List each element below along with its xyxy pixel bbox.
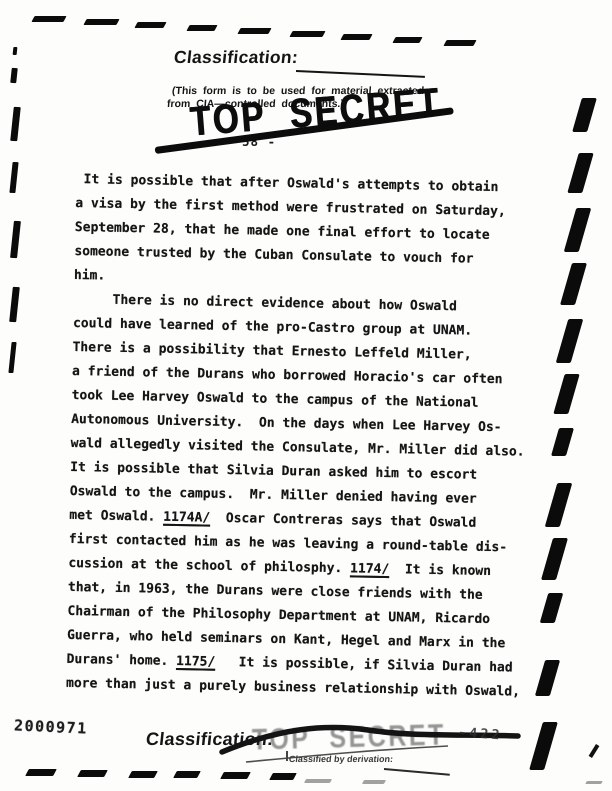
body-segment: Durans' home. [66,652,176,669]
classification-blank-line [296,70,425,78]
classification-label: Classification: [173,47,299,68]
right-edge-mark [529,722,558,770]
bottom-edge-dash [585,781,603,784]
corner-mark [589,744,600,758]
right-edge-mark [572,98,597,132]
citation-ref: 1175/ [176,654,215,670]
left-edge-mark [10,107,21,141]
body-segment: more than just a purely business relatio… [66,676,520,700]
document-number: 2000971 [14,716,88,737]
body-segment: cussion at the school of philosphy. [68,556,350,576]
bottom-edge-dash [304,779,332,783]
left-edge-mark [13,47,18,55]
bottom-edge-dash [220,772,251,779]
body-segment: It is known [389,562,491,579]
top-edge-dash [31,16,66,22]
body-text: It is possible that after Oswald's attem… [66,168,568,705]
body-segment: Guerra, who held seminars on Kant, Hegel… [67,628,506,651]
body-segment: that, in 1963, the Durans were close fri… [68,580,483,603]
body-segment: Oswald to the campus. Mr. Miller denied … [70,484,477,507]
body-segment: could have learned of the pro-Castro gro… [73,316,472,339]
citation-ref: 1174A/ [163,510,210,526]
left-edge-mark [8,342,16,373]
body-segment: a visa by the first method were frustrat… [75,196,506,219]
bottom-edge-dash [269,773,297,780]
left-edge-mark [10,221,21,258]
body-segment: There is a possibility that Ernesto Leff… [72,340,471,363]
bottom-edge-dash [173,771,201,778]
body-segment: It is possible, if Silvia Duran had [215,655,513,676]
bottom-edge-dash [25,769,57,776]
top-edge-dash [83,19,119,25]
top-edge-dash [392,37,422,43]
body-segment: It is possible that Silvia Duran asked h… [70,460,477,483]
body-segment: September 28, that he made one final eff… [75,220,490,243]
top-edge-dash [186,25,217,31]
body-segment: Autonomous University. On the days when … [71,412,502,435]
body-segment: It is possible that after Oswald's attem… [76,172,499,195]
bottom-edge-dash [128,771,158,778]
body-segment: him. [74,268,106,284]
top-edge-dash [134,22,166,28]
body-segment: first contacted him as he was leaving a … [69,532,508,555]
left-edge-mark [9,162,18,193]
bottom-edge-dash [77,770,108,777]
top-edge-dash [289,31,325,37]
bottom-edge-dash [362,780,386,784]
left-edge-mark [10,68,18,83]
top-edge-dash [340,34,372,40]
classified-by-derivation-label: Classified by derivation: [288,754,393,764]
page-reference: -422 [457,724,503,743]
top-edge-dash [443,40,476,46]
derivation-blank-line [384,768,450,776]
body-segment: took Lee Harvey Oswald to the campus of … [71,388,478,411]
body-segment: wald allegedly visited the Consulate, Mr… [71,436,525,460]
body-segment: Chairman of the Philosophy Department at… [67,604,490,627]
left-edge-mark [9,287,20,322]
right-edge-mark [563,208,591,252]
citation-ref: 1174/ [350,561,389,577]
top-edge-dash [237,28,271,34]
body-segment: met Oswald. [69,508,163,525]
body-segment: someone trusted by the Cuban Consulate t… [74,244,473,267]
body-segment: There is no direct evidence about how Os… [73,292,457,314]
stray-mark [286,751,288,761]
right-edge-mark [568,153,594,193]
document-page: Classification: (This form is to be used… [0,0,612,791]
body-segment: a friend of the Durans who borrowed Hora… [72,364,503,387]
body-segment: Oscar Contreras says that Oswald [210,511,476,531]
